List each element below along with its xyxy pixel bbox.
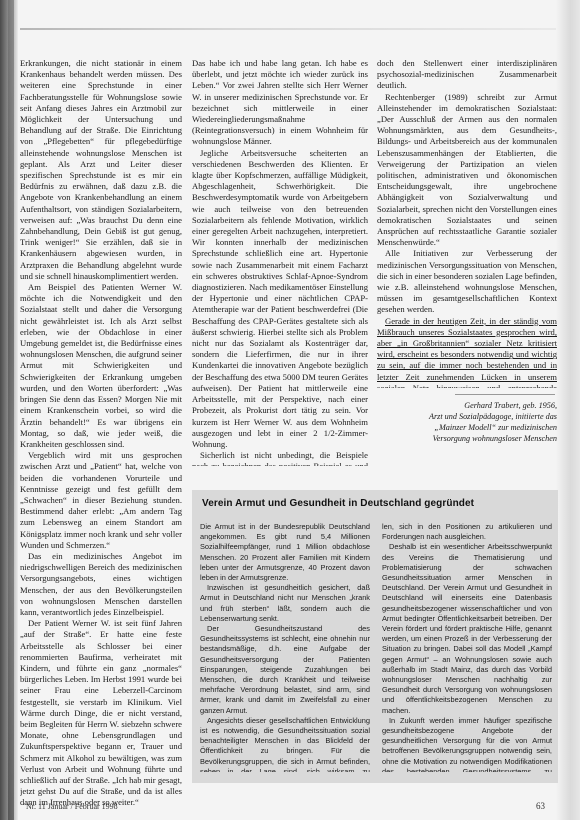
paragraph: Jegliche Arbeitsversuche scheiterten an … — [192, 148, 368, 450]
author-name: Gerhard Trabert, geb. 1956, — [377, 400, 557, 411]
scan-binding-edge — [8, 0, 14, 820]
paragraph: Das habe ich und habe lang getan. Ich ha… — [192, 58, 368, 148]
paragraph: Der Patient Werner W. ist seit fünf Jahr… — [20, 618, 182, 806]
top-scan-artifact — [20, 28, 560, 30]
paragraph: Der Gesundheitszustand des Gesundheitssy… — [200, 624, 370, 716]
author-signature: Gerhard Trabert, geb. 1956, Arzt und Soz… — [377, 400, 557, 444]
info-box-title: Verein Armut und Gesundheit in Deutschla… — [202, 498, 474, 509]
paragraph: Angesichts dieser gesellschaftlichen Ent… — [200, 716, 370, 772]
paragraph: Deshalb ist ein wesentlicher Arbeitsschw… — [382, 542, 552, 715]
article-column-3: doch den Stellenwert einer interdiszipli… — [377, 58, 557, 388]
paragraph: Inzwischen ist gesundheitlich gesichert,… — [200, 583, 370, 624]
signature-rule — [455, 394, 555, 395]
paragraph: doch den Stellenwert einer interdiszipli… — [377, 58, 557, 92]
paragraph: Erkrankungen, die nicht stationär in ein… — [20, 58, 182, 282]
author-line: Arzt und Sozialpädagoge, initiierte das — [377, 411, 557, 422]
paragraph: Am Beispiel des Patienten Werner W. möch… — [20, 282, 182, 450]
paragraph: Sicherlich ist nicht unbedingt, die Beis… — [192, 450, 368, 466]
info-box-column-1: Die Armut ist in der Bundesrepublik Deut… — [200, 522, 370, 772]
info-box-column-2: len, sich in den Positionen zu artikulie… — [382, 522, 552, 772]
author-line: „Mainzer Modell“ zur medizinischen — [377, 422, 557, 433]
article-column-2: Das habe ich und habe lang getan. Ich ha… — [192, 58, 368, 466]
issue-footer: Nr. 11 Januar / Februar 1998 — [26, 802, 118, 811]
author-line: Versorgung wohnungsloser Menschen — [377, 433, 557, 444]
paragraph: len, sich in den Positionen zu artikulie… — [382, 522, 552, 542]
info-box: Verein Armut und Gesundheit in Deutschla… — [192, 490, 558, 783]
right-scan-margin — [556, 0, 580, 820]
article-column-1: Erkrankungen, die nicht stationär in ein… — [20, 58, 182, 806]
paragraph: In Zukunft werden immer häufiger spezifi… — [382, 716, 552, 772]
paragraph: Das ein medizinisches Angebot im niedrig… — [20, 551, 182, 618]
paragraph: Rechtenberger (1989) schreibt zur Armut … — [377, 92, 557, 249]
paragraph: Vergeblich wird mit uns gesprochen zwisc… — [20, 450, 182, 551]
page-number: 63 — [536, 801, 545, 811]
paragraph: Gerade in der heutigen Zeit, in der stän… — [377, 316, 557, 388]
paragraph: Die Armut ist in der Bundesrepublik Deut… — [200, 522, 370, 583]
paragraph: Alle Initiativen zur Verbesserung der me… — [377, 248, 557, 315]
